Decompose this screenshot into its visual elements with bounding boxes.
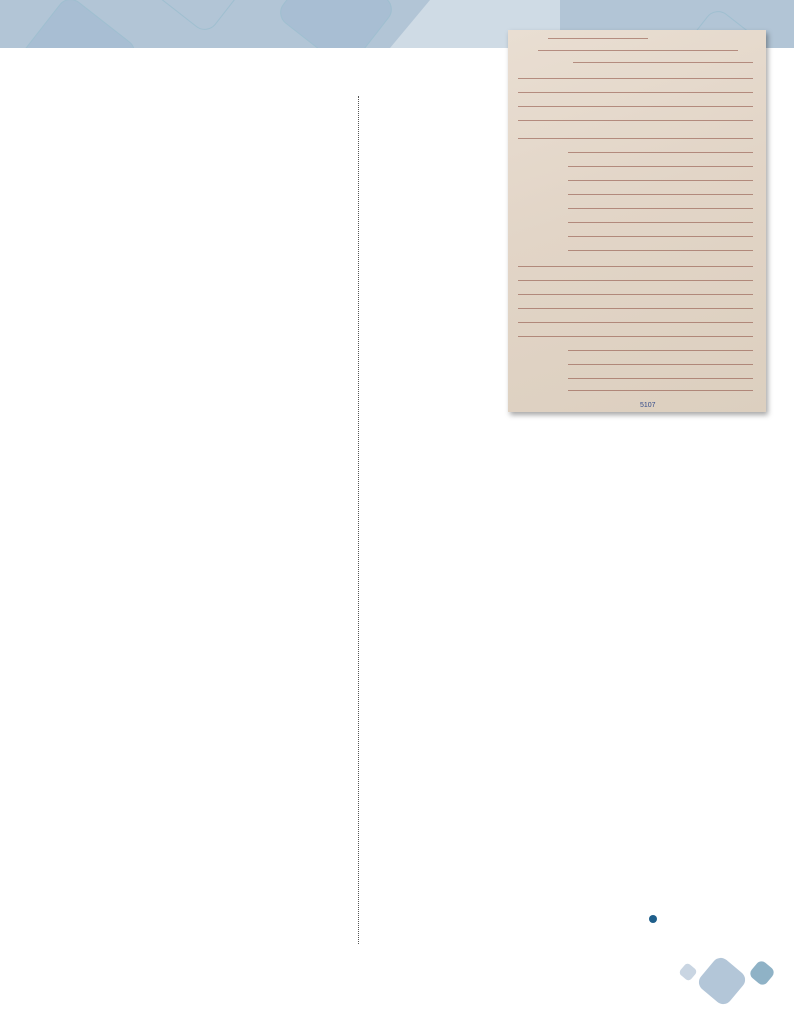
banner-shape (275, 0, 398, 48)
banner-shape (11, 0, 140, 48)
diamond-shape-icon (678, 962, 698, 982)
column-divider (358, 96, 359, 944)
archive-number: 5107 (640, 402, 656, 409)
diamond-shape-icon (695, 954, 749, 1008)
banner-shape (150, 0, 257, 35)
bullet-dot-icon (649, 915, 657, 923)
manuscript-image: 5107 (508, 30, 766, 412)
diamond-shape-icon (748, 959, 776, 987)
